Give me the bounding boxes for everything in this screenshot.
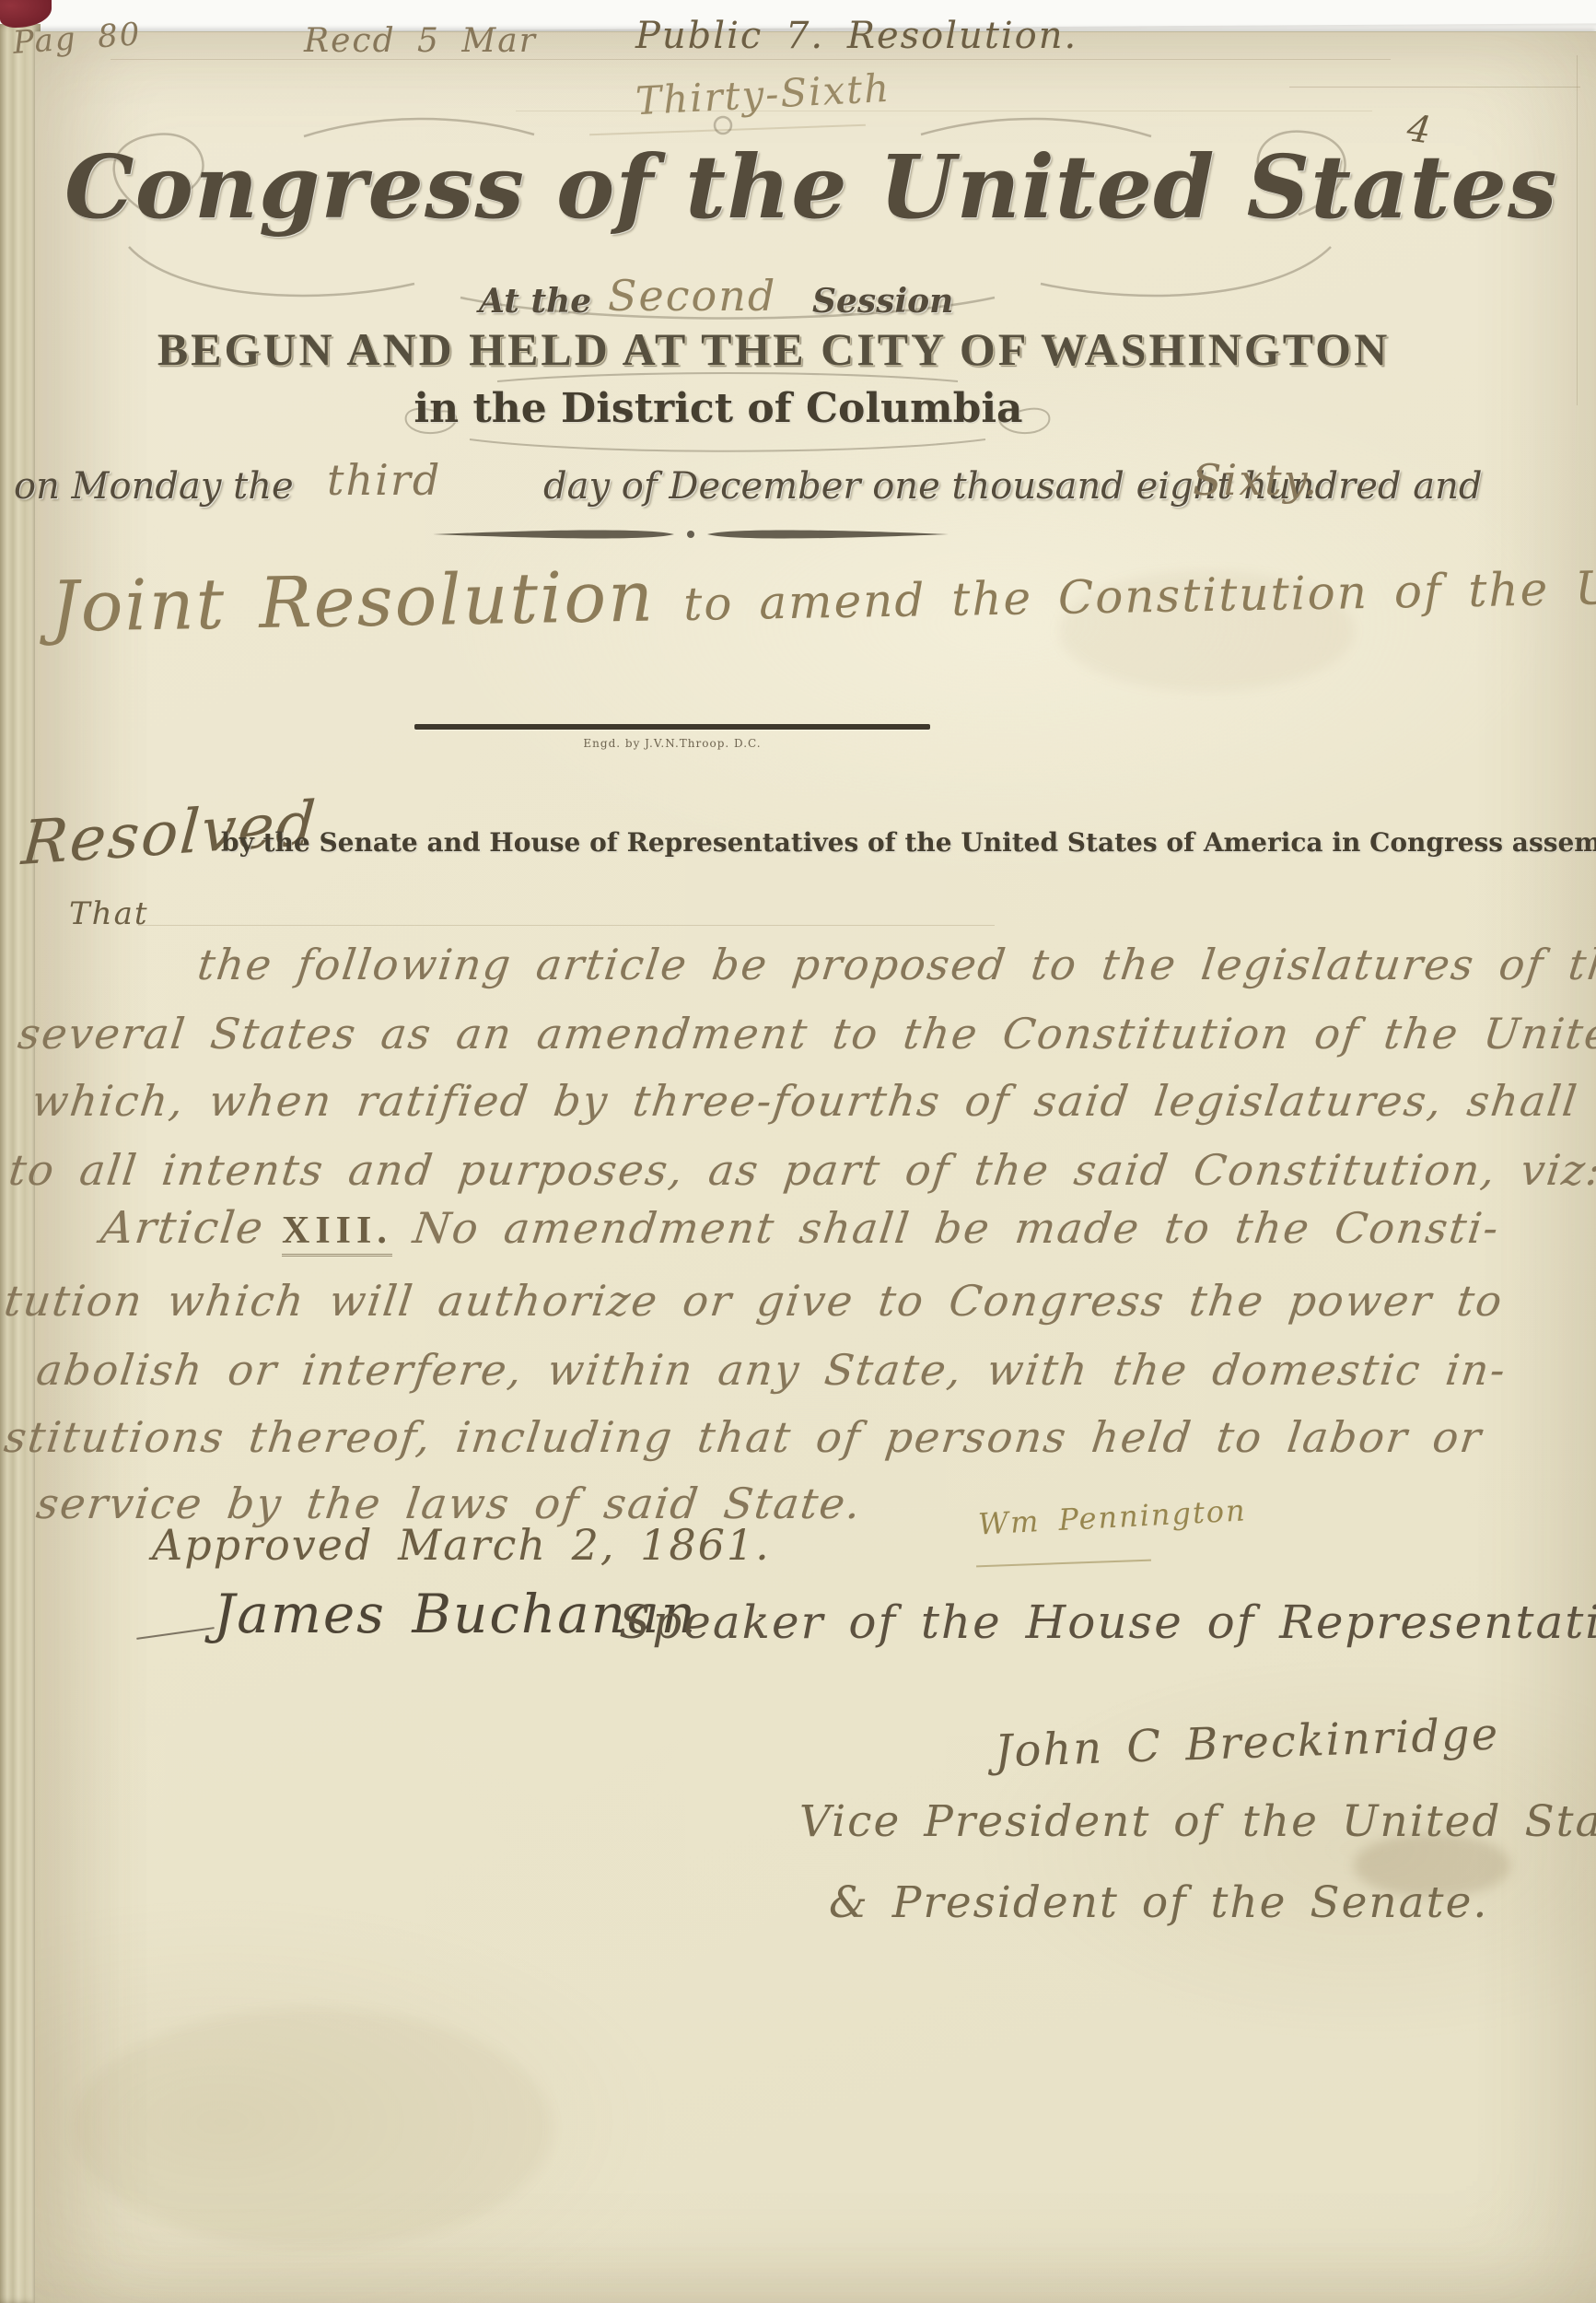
margin-rule-vertical — [1577, 55, 1578, 405]
date-line-year-fill: Sixty. — [1193, 455, 1319, 505]
enacting-clause: by the Senate and House of Representativ… — [221, 827, 1596, 858]
public-resolution-annotation: Public 7. Resolution. — [635, 15, 1078, 57]
begun-held-line: BEGUN AND HELD AT THE CITY OF WASHINGTON — [55, 322, 1492, 376]
body-line: abolish or interfere, within any State, … — [34, 1345, 1510, 1395]
vice-president-title-line2: & President of the Senate. — [829, 1877, 1488, 1928]
article-number: XIII. — [282, 1210, 392, 1257]
body-line: the following article be proposed to the… — [195, 940, 1596, 989]
divider-ornament — [433, 527, 949, 542]
paper-stain — [74, 2008, 553, 2248]
body-line: several States as an amendment to the Co… — [16, 1009, 1596, 1058]
article-label: Article — [99, 1202, 268, 1254]
vice-president-title-line1: Vice President of the United States, — [799, 1796, 1596, 1847]
that-word: That — [69, 895, 149, 932]
session-line-fill: Second — [608, 271, 776, 321]
body-line: which, when ratified by three-fourths of… — [29, 1076, 1596, 1126]
faint-rule — [111, 59, 1391, 60]
date-line-day-fill: third — [327, 455, 441, 505]
body-line: to all intents and purposes, as part of … — [6, 1145, 1596, 1195]
speaker-title: Speaker of the House of Representatives. — [619, 1596, 1596, 1649]
received-annotation: Recd 5 Mar — [304, 22, 537, 60]
article-first-line: No amendment shall be made to the Consti… — [411, 1203, 1503, 1253]
caption-rest: to amend the Constitution of the United … — [683, 555, 1596, 631]
engraver-rule — [414, 724, 930, 730]
district-line: in the District of Columbia — [368, 385, 1068, 432]
date-line-prefix: on Monday the — [14, 465, 294, 508]
session-line-prefix: At the — [479, 282, 591, 321]
masthead-title: Congress of the United States — [64, 136, 1372, 239]
body-line: stitutions thereof, including that of pe… — [2, 1412, 1485, 1462]
that-blank-line — [138, 925, 995, 926]
date-line-mid: day of December one thousand eight hundr… — [543, 465, 1482, 508]
session-line-suffix: Session — [812, 282, 953, 321]
caption-lead: Joint Resolution — [50, 555, 655, 648]
approved-line: Approved March 2, 1861. — [152, 1520, 771, 1570]
margin-rule-horizontal — [1289, 87, 1580, 88]
document-scan: Pag 80 Recd 5 Mar Public 7. Resolution. … — [0, 0, 1596, 2303]
engraver-credit: Engd. by J.V.N.Throop. D.C. — [414, 737, 930, 750]
body-line: tution which will authorize or give to C… — [2, 1276, 1507, 1326]
article-line: Article XIII. No amendment shall be made… — [101, 1202, 1499, 1254]
